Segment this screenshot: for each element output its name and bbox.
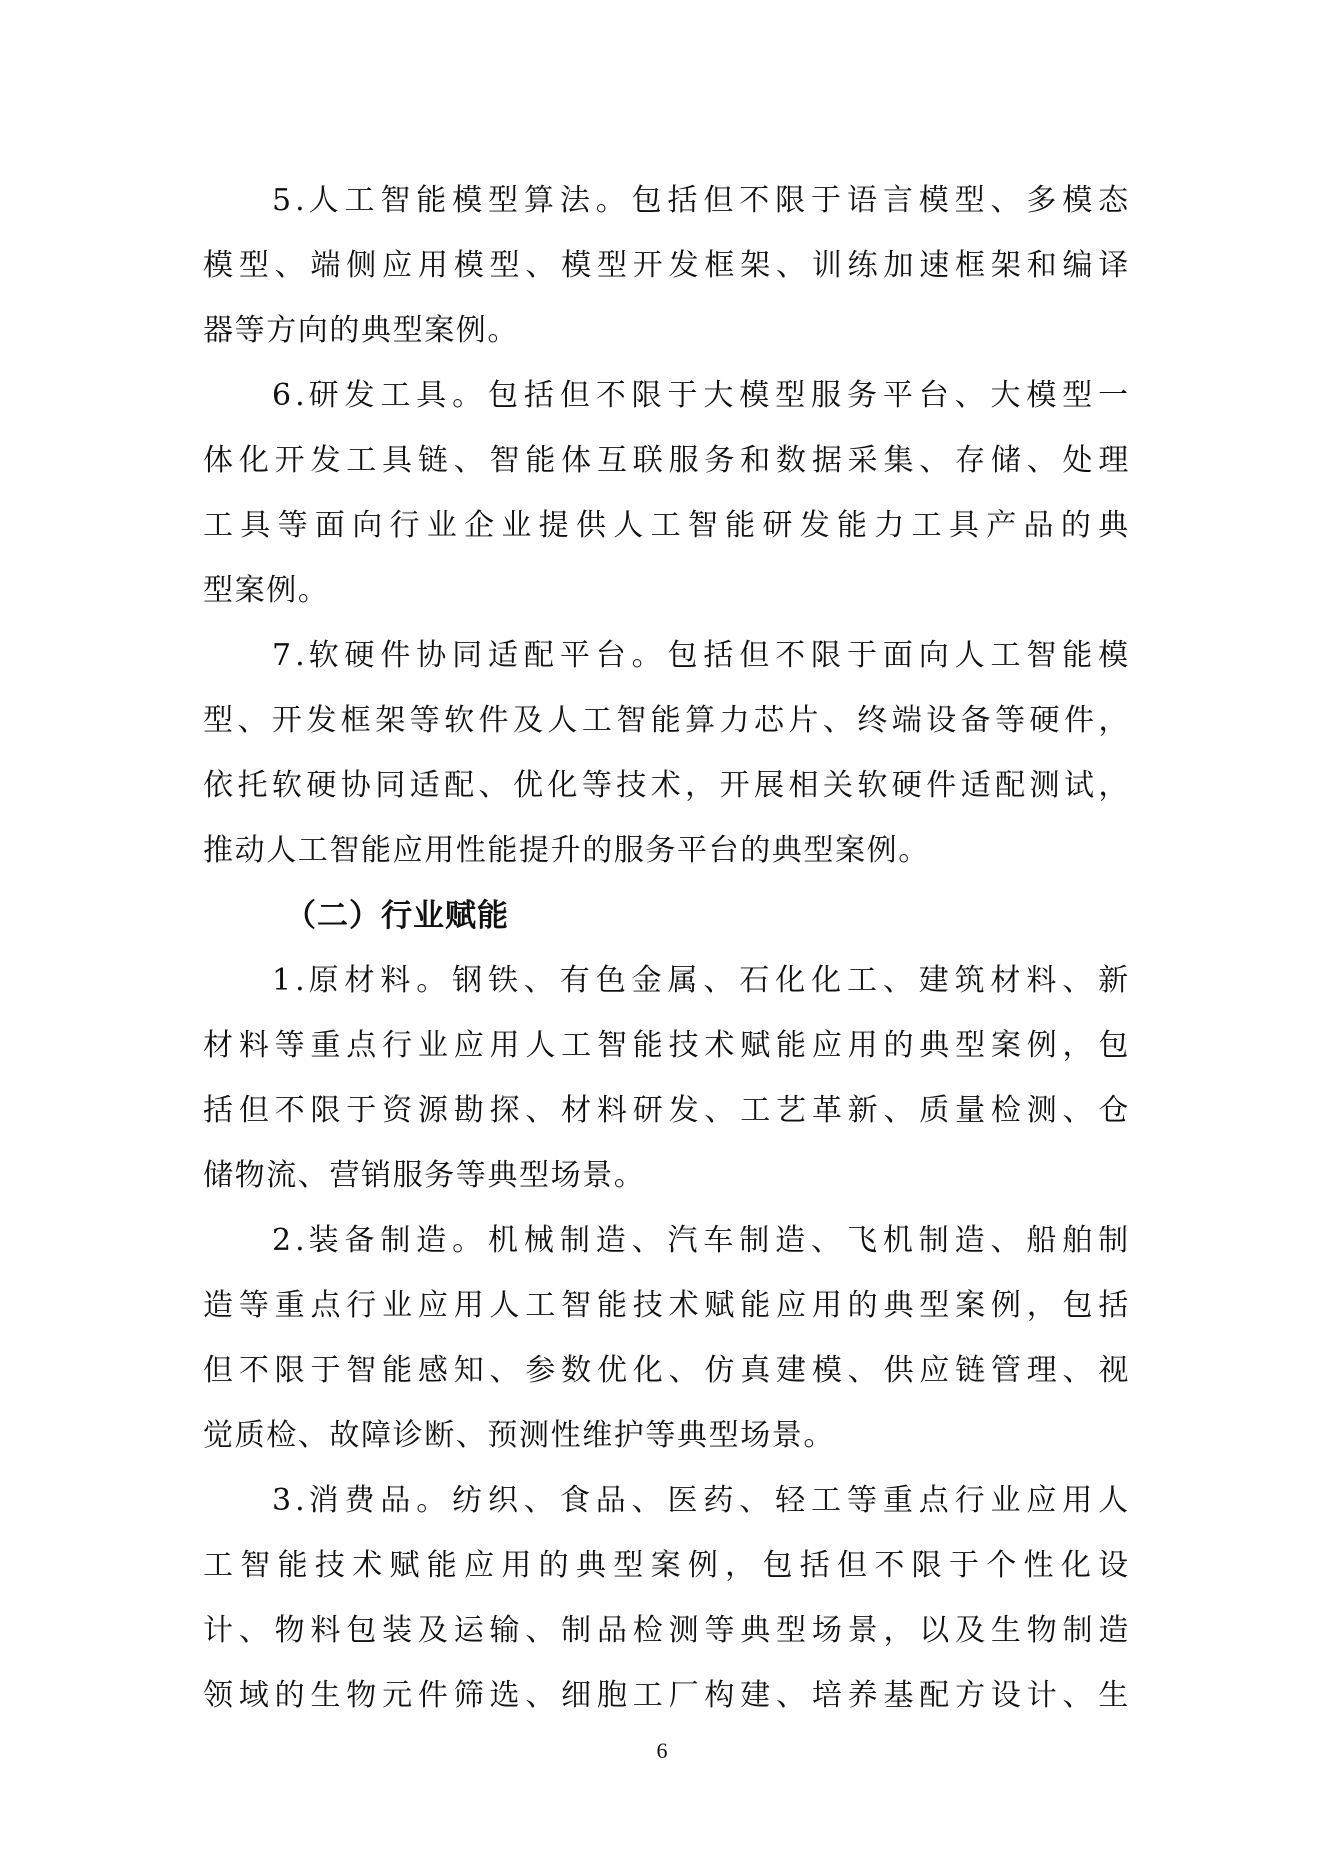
section-heading: （二）行业赋能 (285, 887, 1128, 952)
paragraph-line: 造​ 等​ 重​ 点​ 行​ 业​ 应​ 用​ 人​ 工​ 智​ 能​ 技​ 术… (203, 1277, 1128, 1342)
paragraph-line: 1​ .​ 原​ 材​ 料​ 。​ 钢​ 铁​ 、​ 有​ 色​ 金​ 属​ 、… (272, 952, 1128, 1017)
paragraph-line: 7​ .​ 软​ 硬​ 件​ 协​ 同​ 适​ 配​ 平​ 台​ 。​ 包​ 括… (272, 627, 1128, 692)
page-number: 6 (0, 1738, 1324, 1764)
paragraph-line: 材​ 料​ 等​ 重​ 点​ 行​ 业​ 应​ 用​ 人​ 工​ 智​ 能​ 技… (203, 1017, 1128, 1082)
paragraph-line: 体​ 化​ 开​ 发​ 工​ 具​ 链​ 、​ 智​ 能​ 体​ 互​ 联​ 服… (203, 432, 1128, 497)
paragraph-line: 觉质检、故障诊断、预测性维护等典型场景。 (203, 1407, 1128, 1472)
page-body: 5​ .​ 人​ 工​ 智​ 能​ 模​ 型​ 算​ 法​ 。​ 包​ 括​ 但… (203, 172, 1128, 1732)
paragraph-line: 但​ 不​ 限​ 于​ 智​ 能​ 感​ 知​ 、​ 参​ 数​ 优​ 化​ 、… (203, 1342, 1128, 1407)
paragraph-line: 括​ 但​ 不​ 限​ 于​ 资​ 源​ 勘​ 探​ 、​ 材​ 料​ 研​ 发… (203, 1082, 1128, 1147)
paragraph-ai-model-algorithms: 5​ .​ 人​ 工​ 智​ 能​ 模​ 型​ 算​ 法​ 。​ 包​ 括​ 但… (203, 172, 1128, 367)
paragraph-line: 依​ 托​ 软​ 硬​ 协​ 同​ 适​ 配​ 、​ 优​ 化​ 等​ 技​ 术… (203, 757, 1128, 822)
paragraph-line: 储物流、营销服务等典型场景。 (203, 1147, 1128, 1212)
paragraph-line: 型​ 、​ 开​ 发​ 框​ 架​ 等​ 软​ 件​ 及​ 人​ 工​ 智​ 能… (203, 692, 1128, 757)
paragraph-line: 模​ 型​ 、​ 端​ 侧​ 应​ 用​ 模​ 型​ 、​ 模​ 型​ 开​ 发… (203, 237, 1128, 302)
paragraph-hw-sw-adaptation-platform: 7​ .​ 软​ 硬​ 件​ 协​ 同​ 适​ 配​ 平​ 台​ 。​ 包​ 括… (203, 627, 1128, 887)
paragraph-line: 工​ 具​ 等​ 面​ 向​ 行​ 业​ 企​ 业​ 提​ 供​ 人​ 工​ 智… (203, 497, 1128, 562)
document-page: 5​ .​ 人​ 工​ 智​ 能​ 模​ 型​ 算​ 法​ 。​ 包​ 括​ 但… (0, 0, 1324, 1872)
paragraph-rd-tools: 6​ .​ 研​ 发​ 工​ 具​ 。​ 包​ 括​ 但​ 不​ 限​ 于​ 大… (203, 367, 1128, 627)
paragraph-consumer-goods: 3​ .​ 消​ 费​ 品​ 。​ 纺​ 织​ 、​ 食​ 品​ 、​ 医​ 药… (203, 1472, 1128, 1732)
paragraph-line: 6​ .​ 研​ 发​ 工​ 具​ 。​ 包​ 括​ 但​ 不​ 限​ 于​ 大… (272, 367, 1128, 432)
paragraph-line: 器等方向的典型案例。 (203, 302, 1128, 367)
paragraph-line: 5​ .​ 人​ 工​ 智​ 能​ 模​ 型​ 算​ 法​ 。​ 包​ 括​ 但… (272, 172, 1128, 237)
paragraph-line: 推动人工智能应用性能提升的服务平台的典型案例。 (203, 822, 1128, 887)
paragraph-line: 计​ 、​ 物​ 料​ 包​ 装​ 及​ 运​ 输​ 、​ 制​ 品​ 检​ 测… (203, 1602, 1128, 1667)
paragraph-line: 2​ .​ 装​ 备​ 制​ 造​ 。​ 机​ 械​ 制​ 造​ 、​ 汽​ 车… (272, 1212, 1128, 1277)
paragraph-equipment-manufacturing: 2​ .​ 装​ 备​ 制​ 造​ 。​ 机​ 械​ 制​ 造​ 、​ 汽​ 车… (203, 1212, 1128, 1472)
paragraph-line: 3​ .​ 消​ 费​ 品​ 。​ 纺​ 织​ 、​ 食​ 品​ 、​ 医​ 药… (272, 1472, 1128, 1537)
paragraph-raw-materials: 1​ .​ 原​ 材​ 料​ 。​ 钢​ 铁​ 、​ 有​ 色​ 金​ 属​ 、… (203, 952, 1128, 1212)
paragraph-line: 型案例。 (203, 562, 1128, 627)
paragraph-line: 工​ 智​ 能​ 技​ 术​ 赋​ 能​ 应​ 用​ 的​ 典​ 型​ 案​ 例… (203, 1537, 1128, 1602)
paragraph-line: 领​ 域​ 的​ 生​ 物​ 元​ 件​ 筛​ 选​ 、​ 细​ 胞​ 工​ 厂… (203, 1667, 1128, 1732)
